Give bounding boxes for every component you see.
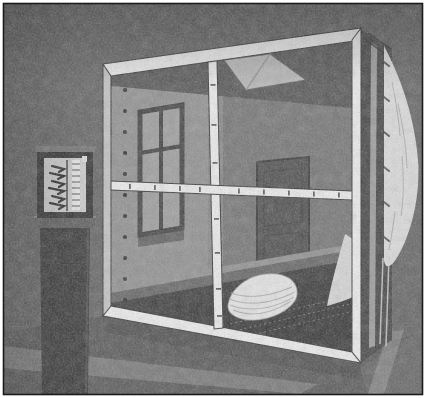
- calorimeter-chamber-photo: [0, 0, 426, 398]
- halftone-grain-coarse: [4, 4, 422, 394]
- halftone-photo-frame: [0, 0, 426, 398]
